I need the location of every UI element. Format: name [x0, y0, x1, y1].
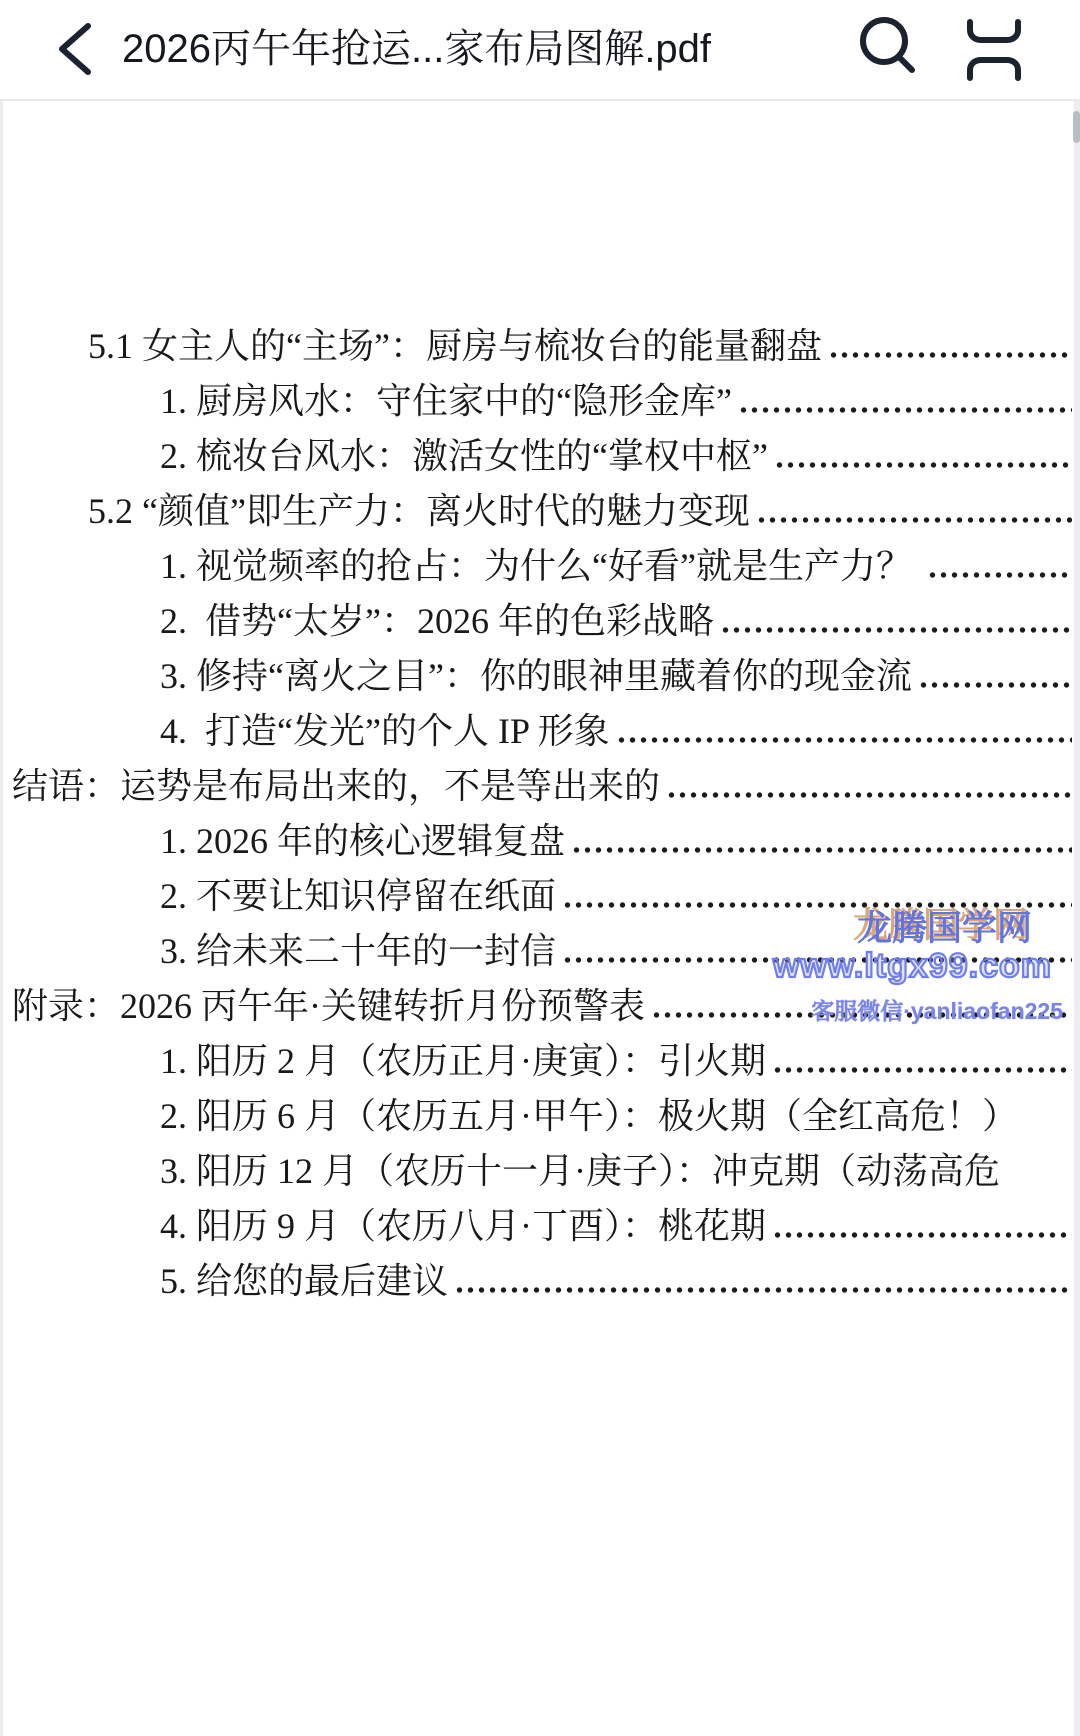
page-gutter-right [1074, 101, 1080, 1736]
dot-leader [454, 1284, 1072, 1296]
toc-row: 5.1 女主人的“主场”：厨房与梳妆台的能量翻盘 [0, 316, 1072, 371]
toc-row: 3. 阳历 12 月（农历十一月·庚子）：冲克期（动荡高危 [0, 1141, 1072, 1196]
dot-leader [918, 679, 1072, 691]
toc-row: 3. 给未来二十年的一封信 [0, 921, 1072, 976]
toc-entry-text: 1. 视觉频率的抢占：为什么“好看”就是生产力？ [160, 538, 921, 589]
toc-entry-text: 2. 不要让知识停留在纸面 [160, 868, 556, 919]
dot-leader [738, 404, 1072, 416]
toc-entry-text: 3. 阳历 12 月（农历十一月·庚子）：冲克期（动荡高危 [160, 1143, 1000, 1194]
dot-leader [756, 514, 1072, 526]
toc-row: 5. 给您的最后建议 [0, 1251, 1072, 1306]
toc-entry-text: 3. 给未来二十年的一封信 [160, 923, 556, 974]
toc-row: 1. 厨房风水：守住家中的“隐形金库” [0, 371, 1072, 426]
toc-entry-text: 1. 2026 年的核心逻辑复盘 [160, 813, 565, 864]
pdf-page[interactable]: 5.1 女主人的“主场”：厨房与梳妆台的能量翻盘1. 厨房风水：守住家中的“隐形… [0, 101, 1080, 1736]
dot-leader [651, 1009, 1072, 1021]
toc-row: 1. 阳历 2 月（农历正月·庚寅）：引火期 [0, 1031, 1072, 1086]
dot-leader [720, 624, 1072, 636]
page-gutter-left [0, 101, 3, 1736]
toc-row: 附录：2026 丙午年·关键转折月份预警表 [0, 976, 1072, 1031]
chevron-left-icon [48, 14, 112, 84]
toc-entry-text: 4. 打造“发光”的个人 IP 形象 [160, 703, 610, 754]
search-button[interactable] [852, 8, 924, 92]
toc-row: 4. 打造“发光”的个人 IP 形象 [0, 701, 1072, 756]
scrollbar-thumb[interactable] [1073, 111, 1080, 143]
fit-width-icon [956, 12, 1032, 88]
toc-entry-text: 2. 借势“太岁”：2026 年的色彩战略 [160, 593, 714, 644]
toc-row: 5.2 “颜值”即生产力：离火时代的魅力变现 [0, 481, 1072, 536]
dot-leader [571, 844, 1072, 856]
document-title: 2026丙午年抢运...家布局图解.pdf [122, 0, 711, 99]
toc-entry-text: 5. 给您的最后建议 [160, 1253, 448, 1304]
toc-entry-text: 附录：2026 丙午年·关键转折月份预警表 [12, 978, 645, 1029]
toc-row: 1. 2026 年的核心逻辑复盘 [0, 811, 1072, 866]
fit-width-button[interactable] [956, 12, 1032, 88]
toc-row: 2. 梳妆台风水：激活女性的“掌权中枢” [0, 426, 1072, 481]
dot-leader [562, 954, 1072, 966]
dot-leader [562, 899, 1072, 911]
toc-entry-text: 2. 梳妆台风水：激活女性的“掌权中枢” [160, 428, 768, 479]
toc-entry-text: 5.2 “颜值”即生产力：离火时代的魅力变现 [88, 483, 750, 534]
toc-row: 3. 修持“离火之目”：你的眼神里藏着你的现金流 [0, 646, 1072, 701]
toc-entry-text: 3. 修持“离火之目”：你的眼神里藏着你的现金流 [160, 648, 912, 699]
toc-row: 2. 阳历 6 月（农历五月·甲午）：极火期（全红高危！） [0, 1086, 1072, 1141]
dot-leader [774, 459, 1072, 471]
search-icon [852, 8, 924, 92]
dot-leader [828, 349, 1072, 361]
dot-leader [666, 789, 1072, 801]
toc-entry-text: 1. 厨房风水：守住家中的“隐形金库” [160, 373, 732, 424]
pdf-viewer-header: 2026丙午年抢运...家布局图解.pdf [0, 0, 1080, 101]
toc-entry-text: 5.1 女主人的“主场”：厨房与梳妆台的能量翻盘 [88, 318, 822, 369]
dot-leader [616, 734, 1072, 746]
table-of-contents: 5.1 女主人的“主场”：厨房与梳妆台的能量翻盘1. 厨房风水：守住家中的“隐形… [0, 316, 1072, 1306]
toc-row: 2. 借势“太岁”：2026 年的色彩战略 [0, 591, 1072, 646]
toc-entry-text: 4. 阳历 9 月（农历八月·丁酉）：桃花期 [160, 1198, 766, 1249]
toc-row: 4. 阳历 9 月（农历八月·丁酉）：桃花期 [0, 1196, 1072, 1251]
dot-leader [772, 1064, 1072, 1076]
toc-row: 1. 视觉频率的抢占：为什么“好看”就是生产力？ [0, 536, 1072, 591]
toc-entry-text: 结语：运势是布局出来的，不是等出来的 [12, 758, 660, 809]
toc-entry-text: 2. 阳历 6 月（农历五月·甲午）：极火期（全红高危！） [160, 1088, 1018, 1139]
toc-row: 2. 不要让知识停留在纸面 [0, 866, 1072, 921]
dot-leader [772, 1229, 1072, 1241]
back-button[interactable] [48, 14, 112, 84]
dot-leader [927, 569, 1072, 581]
toc-row: 结语：运势是布局出来的，不是等出来的 [0, 756, 1072, 811]
toc-entry-text: 1. 阳历 2 月（农历正月·庚寅）：引火期 [160, 1033, 766, 1084]
